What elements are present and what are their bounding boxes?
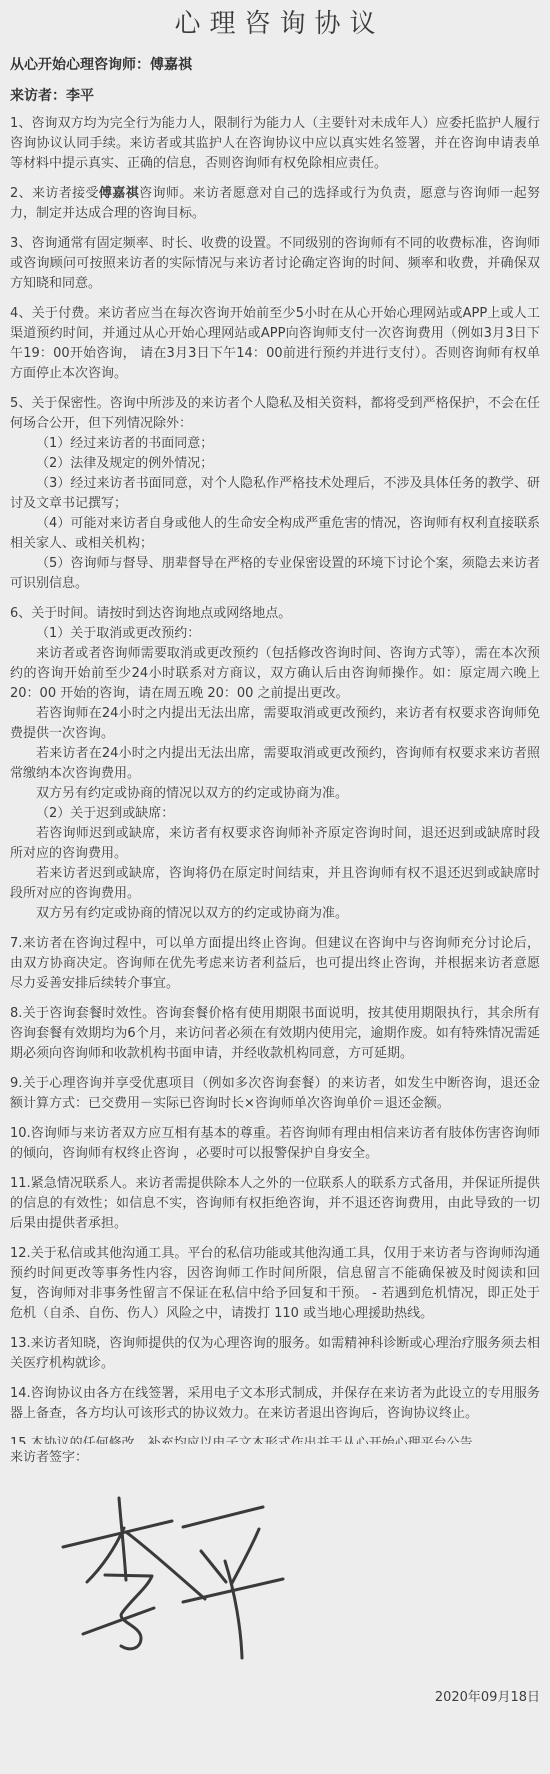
clause-text: 8.关于咨询套餐时效性。咨询套餐价格有使用期限书面说明，按其使用期限执行，其余所…: [10, 1006, 540, 1061]
clause: 1、咨询双方均为完全行为能力人，限制行为能力人（主要针对未成年人）应委托监护人履…: [10, 114, 540, 174]
clause-text: 若咨询师在24小时之内提出无法出席，需要取消或更改预约，来访者有权要求咨询师免费…: [10, 706, 540, 741]
clause-paragraph: （5）咨询师与督导、朋辈督导在严格的专业保密设置的环境下讨论个案，须隐去来访者可…: [10, 554, 540, 594]
clause-text: 10.咨询师与来访者双方应互相有基本的尊重。若咨询师有理由相信来访者有肢体伤害咨…: [10, 1126, 540, 1161]
clause-paragraph: 15.本协议的任何修改、补充均应以电子文本形式作出并于从心开始心理平台公告。: [10, 1434, 540, 1444]
clause: 13.来访者知晓，咨询师提供的仅为心理咨询的服务。如需精神科诊断或心理治疗服务须…: [10, 1334, 540, 1374]
clauses-list: 1、咨询双方均为完全行为能力人，限制行为能力人（主要针对未成年人）应委托监护人履…: [10, 114, 540, 1444]
clause-text: 双方另有约定或协商的情况以双方的约定或协商为准。: [36, 906, 348, 921]
clause: 10.咨询师与来访者双方应互相有基本的尊重。若咨询师有理由相信来访者有肢体伤害咨…: [10, 1124, 540, 1164]
clause: 11.紧急情况联系人。来访者需提供除本人之外的一位联系人的联系方式备用，并保证所…: [10, 1174, 540, 1234]
clause: 12.关于私信或其他沟通工具。平台的私信功能或其他沟通工具，仅用于来访者与咨询师…: [10, 1244, 540, 1324]
clause-paragraph: 11.紧急情况联系人。来访者需提供除本人之外的一位联系人的联系方式备用，并保证所…: [10, 1174, 540, 1234]
clause: 15.本协议的任何修改、补充均应以电子文本形式作出并于从心开始心理平台公告。: [10, 1434, 540, 1444]
clause-paragraph: （2）关于迟到或缺席：: [10, 804, 540, 824]
clause-paragraph: 若来访者迟到或缺席，咨询将仍在原定时间结束，并且咨询师有权不退还迟到或缺席时段所…: [10, 864, 540, 904]
clause-text: 12.关于私信或其他沟通工具。平台的私信功能或其他沟通工具，仅用于来访者与咨询师…: [10, 1246, 540, 1321]
clause-paragraph: 双方另有约定或协商的情况以双方的约定或协商为准。: [10, 784, 540, 804]
clause-text: 13.来访者知晓，咨询师提供的仅为心理咨询的服务。如需精神科诊断或心理治疗服务须…: [10, 1336, 540, 1371]
clause-paragraph: 5、关于保密性。咨询中所涉及的来访者个人隐私及相关资料，都将受到严格保护，不会在…: [10, 394, 540, 434]
clause: 3、咨询通常有固定频率、时长、收费的设置。不同级别的咨询师有不同的收费标准，咨询…: [10, 234, 540, 294]
clause: 6、关于时间。请按时到达咨询地点或网络地点。（1）关于取消或更改预约：来访者或者…: [10, 604, 540, 924]
clause-paragraph: 1、咨询双方均为完全行为能力人，限制行为能力人（主要针对未成年人）应委托监护人履…: [10, 114, 540, 174]
clause-text: 11.紧急情况联系人。来访者需提供除本人之外的一位联系人的联系方式备用，并保证所…: [10, 1176, 540, 1231]
clause-text: 2、来访者接受: [10, 186, 99, 201]
clause-paragraph: （3）经过来访者书面同意，对个人隐私作严格技术处理后，不涉及具体任务的教学、研讨…: [10, 474, 540, 514]
clause-paragraph: 2、来访者接受傅嘉祺咨询师。来访者愿意对自己的选择或行为负责，愿意与咨询师一起努…: [10, 184, 540, 224]
signature-handwriting: [55, 1488, 305, 1668]
visitor-line: 来访者：李平: [10, 86, 540, 106]
signature-stroke: [83, 1608, 154, 1634]
clause-text: （4）可能对来访者自身或他人的生命安全构成严重危害的情况，咨询师有权利直接联系相…: [10, 516, 540, 551]
clause-text: 3、咨询通常有固定频率、时长、收费的设置。不同级别的咨询师有不同的收费标准，咨询…: [10, 236, 540, 291]
clause-text: 15.本协议的任何修改、补充均应以电子文本形式作出并于从心开始心理平台公告。: [10, 1436, 486, 1444]
date-row: 2020年09月18日: [10, 1690, 540, 1706]
clause-text: （1）关于取消或更改预约：: [36, 626, 200, 641]
clause-paragraph: 9.关于心理咨询并享受优惠项目（例如多次咨询套餐）的来访者，如发生中断咨询，退还…: [10, 1074, 540, 1114]
clause: 14.咨询协议由各方在线签署，采用电子文本形式制成，并保存在来访者为此设立的专用…: [10, 1384, 540, 1424]
signature-stroke: [126, 1532, 205, 1599]
clause-text: 9.关于心理咨询并享受优惠项目（例如多次咨询套餐）的来访者，如发生中断咨询，退还…: [10, 1076, 540, 1111]
signature-stroke: [225, 1561, 242, 1658]
clause-paragraph: 若咨询师迟到或缺席，来访者有权要求咨询师补齐原定咨询时间，退还迟到或缺席时段所对…: [10, 824, 540, 864]
clause-paragraph: 若咨询师在24小时之内提出无法出席，需要取消或更改预约，来访者有权要求咨询师免费…: [10, 704, 540, 744]
clause-paragraph: 13.来访者知晓，咨询师提供的仅为心理咨询的服务。如需精神科诊断或心理治疗服务须…: [10, 1334, 540, 1374]
clause: 9.关于心理咨询并享受优惠项目（例如多次咨询套餐）的来访者，如发生中断咨询，退还…: [10, 1074, 540, 1114]
clause-paragraph: 6、关于时间。请按时到达咨询地点或网络地点。: [10, 604, 540, 624]
counselor-line: 从心开始心理咨询师：傅嘉祺: [10, 55, 540, 75]
signature-stroke: [232, 1529, 259, 1583]
clause-paragraph: 7.来访者在咨询过程中，可以单方面提出终止咨询。但建议在咨询中与咨询师充分讨论后…: [10, 934, 540, 994]
clause-text: （5）咨询师与督导、朋辈督导在严格的专业保密设置的环境下讨论个案，须隐去来访者可…: [10, 556, 540, 591]
clause-paragraph: （4）可能对来访者自身或他人的生命安全构成严重危害的情况，咨询师有权利直接联系相…: [10, 514, 540, 554]
clause-text: 7.来访者在咨询过程中，可以单方面提出终止咨询。但建议在咨询中与咨询师充分讨论后…: [10, 936, 540, 991]
signature-date: 2020年09月18日: [435, 1690, 540, 1705]
clause-text: 6、关于时间。请按时到达咨询地点或网络地点。: [10, 606, 291, 621]
clause-text: 4、关于付费。来访者应当在每次咨询开始前至少5小时在从心开始心理网站或APP上或…: [10, 306, 540, 381]
signature-stroke: [183, 1507, 263, 1527]
clause-paragraph: 12.关于私信或其他沟通工具。平台的私信功能或其他沟通工具，仅用于来访者与咨询师…: [10, 1244, 540, 1324]
clause-paragraph: （1）经过来访者的书面同意；: [10, 434, 540, 454]
clause-paragraph: 8.关于咨询套餐时效性。咨询套餐价格有使用期限书面说明，按其使用期限执行，其余所…: [10, 1004, 540, 1064]
clause: 4、关于付费。来访者应当在每次咨询开始前至少5小时在从心开始心理网站或APP上或…: [10, 304, 540, 384]
clause-paragraph: 若来访者在24小时之内提出无法出席，需要取消或更改预约，咨询师有权要求来访者照常…: [10, 744, 540, 784]
clause-text: 若来访者迟到或缺席，咨询将仍在原定时间结束，并且咨询师有权不退还迟到或缺席时段所…: [10, 866, 540, 901]
agreement-document: 心理咨询协议 从心开始心理咨询师：傅嘉祺 来访者：李平 1、咨询双方均为完全行为…: [0, 6, 550, 1706]
clause-paragraph: 10.咨询师与来访者双方应互相有基本的尊重。若咨询师有理由相信来访者有肢体伤害咨…: [10, 1124, 540, 1164]
clause: 7.来访者在咨询过程中，可以单方面提出终止咨询。但建议在咨询中与咨询师充分讨论后…: [10, 934, 540, 994]
clause-text: （2）关于迟到或缺席：: [36, 806, 174, 821]
clause-text: （2）法律及规定的例外情况；: [36, 456, 213, 471]
clause-text: 若咨询师迟到或缺席，来访者有权要求咨询师补齐原定咨询时间，退还迟到或缺席时段所对…: [10, 826, 540, 861]
signature-stroke: [201, 1551, 226, 1582]
clause-paragraph: 14.咨询协议由各方在线签署，采用电子文本形式制成，并保存在来访者为此设立的专用…: [10, 1384, 540, 1424]
clause: 8.关于咨询套餐时效性。咨询套餐价格有使用期限书面说明，按其使用期限执行，其余所…: [10, 1004, 540, 1064]
counselor-name-inline: 傅嘉祺: [99, 186, 139, 201]
clause-text: 若来访者在24小时之内提出无法出席，需要取消或更改预约，咨询师有权要求来访者照常…: [10, 746, 540, 781]
signature-label: 来访者签字：: [10, 1448, 540, 1468]
clause-paragraph: 3、咨询通常有固定频率、时长、收费的设置。不同级别的咨询师有不同的收费标准，咨询…: [10, 234, 540, 294]
clause-text: 5、关于保密性。咨询中所涉及的来访者个人隐私及相关资料，都将受到严格保护，不会在…: [10, 396, 540, 431]
clause-text: （3）经过来访者书面同意，对个人隐私作严格技术处理后，不涉及具体任务的教学、研讨…: [10, 476, 540, 511]
clause-text: 来访者或者咨询师需要取消或更改预约（包括修改咨询时间、咨询方式等），需在本次预约…: [10, 646, 540, 701]
clause-text: （1）经过来访者的书面同意；: [36, 436, 213, 451]
clause: 2、来访者接受傅嘉祺咨询师。来访者愿意对自己的选择或行为负责，愿意与咨询师一起努…: [10, 184, 540, 224]
clause-paragraph: 双方另有约定或协商的情况以双方的约定或协商为准。: [10, 904, 540, 924]
document-title: 心理咨询协议: [10, 6, 540, 42]
clause-paragraph: （2）法律及规定的例外情况；: [10, 454, 540, 474]
clause-paragraph: 来访者或者咨询师需要取消或更改预约（包括修改咨询时间、咨询方式等），需在本次预约…: [10, 644, 540, 704]
clause-paragraph: 4、关于付费。来访者应当在每次咨询开始前至少5小时在从心开始心理网站或APP上或…: [10, 304, 540, 384]
clause-paragraph: （1）关于取消或更改预约：: [10, 624, 540, 644]
clause-text: 1、咨询双方均为完全行为能力人，限制行为能力人（主要针对未成年人）应委托监护人履…: [10, 116, 540, 171]
clause: 5、关于保密性。咨询中所涉及的来访者个人隐私及相关资料，都将受到严格保护，不会在…: [10, 394, 540, 594]
clause-text: 双方另有约定或协商的情况以双方的约定或协商为准。: [36, 786, 348, 801]
clause-text: 14.咨询协议由各方在线签署，采用电子文本形式制成，并保存在来访者为此设立的专用…: [10, 1386, 540, 1421]
